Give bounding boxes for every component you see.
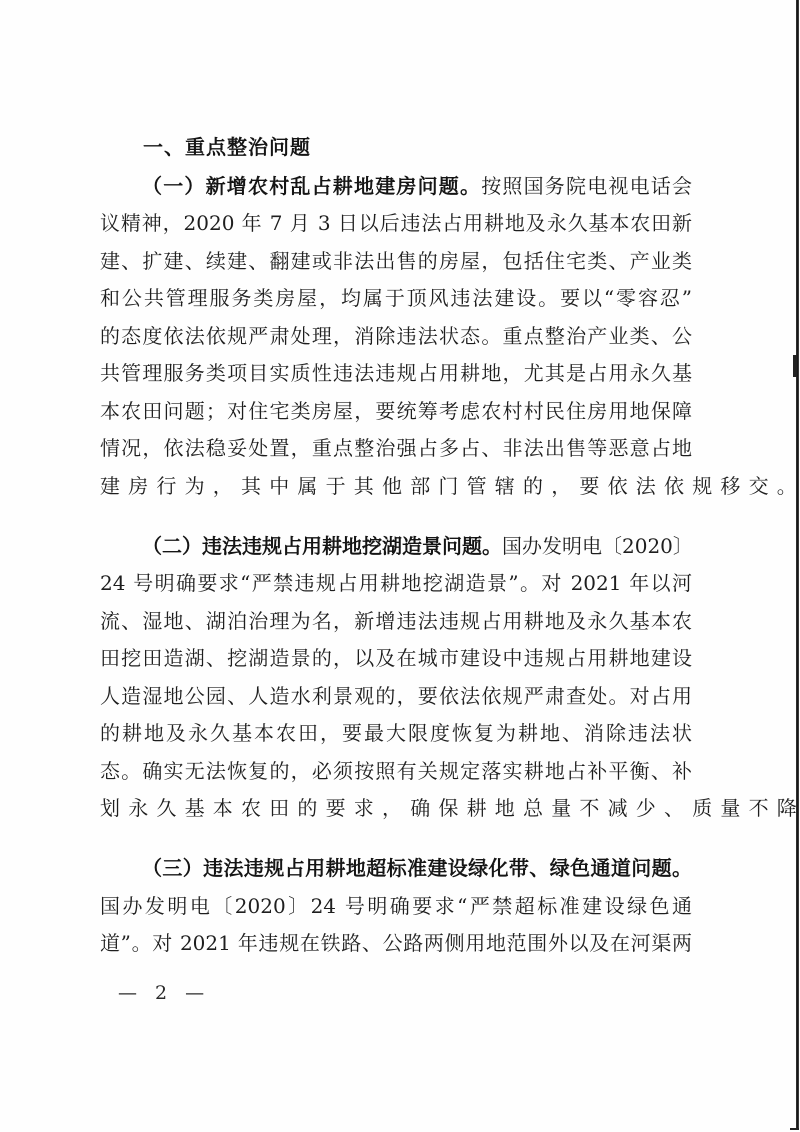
paragraph-3-line-1: （三）违法违规占用耕地超标准建设绿化带、绿色通道问题。 (100, 853, 692, 883)
paragraph-2-line-2: 24 号明确要求“严禁违规占用耕地挖湖造景”。对 2021 年以河 (100, 568, 692, 598)
page-number: — 2 — (118, 978, 210, 1008)
paragraph-2-line-5: 人造湿地公园、人造水利景观的，要依法依规严肃查处。对占用 (100, 681, 692, 711)
paragraph-2-line-4: 田挖田造湖、挖湖造景的，以及在城市建设中违规占用耕地建设 (100, 643, 692, 673)
paragraph-3-line-2: 国办发明电〔2020〕24 号明确要求“严禁超标准建设绿色通 (100, 891, 692, 921)
paragraph-2-line-7: 态。确实无法恢复的，必须按照有关规定落实耕地占补平衡、补 (100, 756, 692, 786)
scan-edge-foot (790, 1128, 799, 1130)
paragraph-1-line-6: 共管理服务类项目实质性违法违规占用耕地，尤其是占用永久基 (100, 358, 692, 388)
subsection-title: （二）违法违规占用耕地挖湖造景问题。 (142, 534, 502, 558)
section-heading: 一、重点整治问题 (143, 132, 311, 162)
paragraph-2-line-3: 流、湿地、湖泊治理为名，新增违法违规占用耕地及永久基本农 (100, 606, 692, 636)
subsection-title: （一）新增农村乱占耕地建房问题。 (142, 174, 481, 198)
scan-edge-line (796, 0, 799, 1130)
paragraph-2-line-1: （二）违法违规占用耕地挖湖造景问题。国办发明电〔2020〕 (100, 531, 692, 561)
paragraph-3-line-3: 道”。对 2021 年违规在铁路、公路两侧用地范围外以及在河渠两 (100, 928, 692, 958)
paragraph-1-line-1: （一）新增农村乱占耕地建房问题。按照国务院电视电话会 (100, 171, 692, 201)
document-page: 一、重点整治问题 （一）新增农村乱占耕地建房问题。按照国务院电视电话会 议精神，… (0, 0, 800, 1132)
scan-edge-notch (793, 355, 797, 377)
subsection-title: （三）违法违规占用耕地超标准建设绿化带、绿色通道问题。 (142, 856, 692, 880)
paragraph-1-line-4: 和公共管理服务类房屋，均属于顶风违法建设。要以“零容忍” (100, 283, 692, 313)
paragraph-1-line-5: 的态度依法依规严肃处理，消除违法状态。重点整治产业类、公 (100, 321, 692, 351)
paragraph-1-line-9: 建房行为，其中属于其他部门管辖的，要依法依规移交。 (100, 471, 692, 501)
paragraph-2-line-6: 的耕地及永久基本农田，要最大限度恢复为耕地、消除违法状 (100, 718, 692, 748)
paragraph-2-line-8: 划永久基本农田的要求，确保耕地总量不减少、质量不降低。 (100, 793, 692, 823)
paragraph-1-line-8: 情况，依法稳妥处置，重点整治强占多占、非法出售等恶意占地 (100, 433, 692, 463)
paragraph-1-line-2: 议精神，2020 年 7 月 3 日以后违法占用耕地及永久基本农田新 (100, 208, 692, 238)
paragraph-1-line-3: 建、扩建、续建、翻建或非法出售的房屋，包括住宅类、产业类 (100, 246, 692, 276)
paragraph-1-line-7: 本农田问题；对住宅类房屋，要统筹考虑农村村民住房用地保障 (100, 396, 692, 426)
